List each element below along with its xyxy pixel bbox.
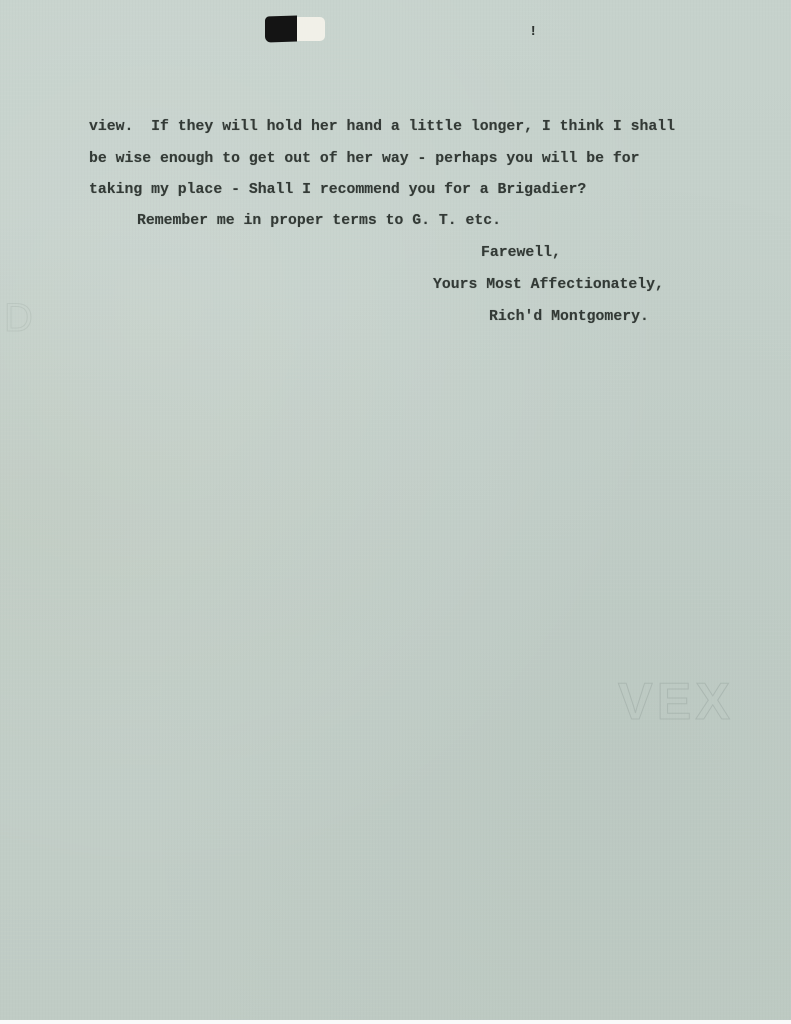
postscript-line: Remember me in proper terms to G. T. etc…	[137, 213, 501, 229]
archival-tab-marker	[265, 16, 325, 42]
watermark: VEX	[618, 672, 734, 732]
signature: Rich'd Montgomery.	[489, 309, 649, 325]
body-line-2: be wise enough to get out of her way - p…	[89, 151, 640, 167]
complimentary-close: Yours Most Affectionately,	[433, 277, 664, 293]
body-line-3: taking my place - Shall I recommend you …	[89, 182, 586, 198]
bleed-through-mark: D	[4, 296, 33, 341]
body-line-1: view. If they will hold her hand a littl…	[89, 119, 675, 135]
page-marker: !	[529, 24, 537, 40]
tab-black-half	[265, 15, 297, 42]
letter-page: ! view. If they will hold her hand a lit…	[0, 0, 791, 1020]
valediction: Farewell,	[481, 245, 561, 261]
tab-white-half	[297, 17, 325, 41]
scan-bottom-edge	[0, 1020, 791, 1024]
